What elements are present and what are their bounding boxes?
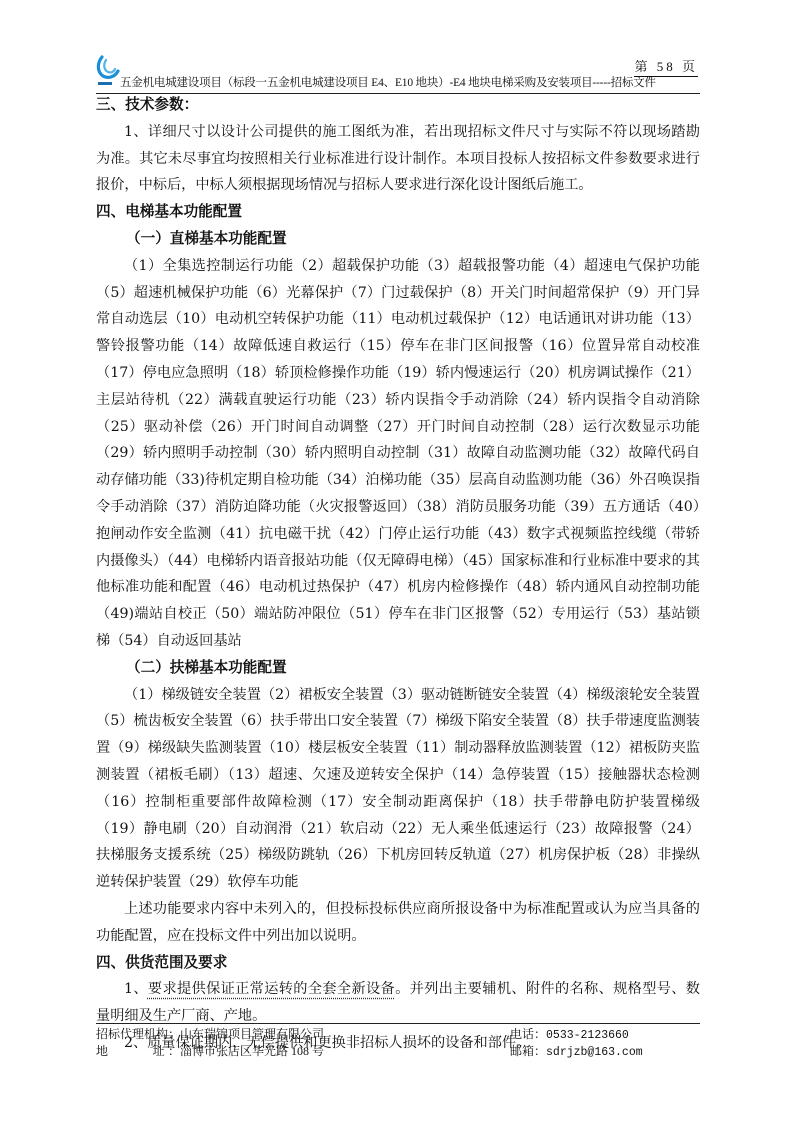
supply-item-1-prefix: 1、 (124, 981, 148, 997)
email-label: 邮箱： (510, 1044, 546, 1058)
escalator-functions-list: （1）梯级链安全装置（2）裙板安全装置（3）驱动链断链安全装置（4）梯级滚轮安全… (96, 682, 700, 896)
page-header: 第 58 页 五金机电城建设项目（标段一五金机电城建设项目 E4、E10 地块）… (96, 52, 700, 94)
document-body: 三、技术参数： 1、详细尺寸以设计公司提供的施工图纸为准，若出现招标文件尺寸与实… (96, 92, 700, 1057)
functions-note-paragraph: 上述功能要求内容中未列入的，但投标投标供应商所报设备中为标准配置或认为应当具备的… (96, 896, 700, 950)
footer-divider (96, 1023, 700, 1024)
tech-params-paragraph: 1、详细尺寸以设计公司提供的施工图纸为准，若出现招标文件尺寸与实际不符以现场踏勘… (96, 119, 700, 199)
company-logo-icon (96, 54, 120, 88)
agency-label: 招标代理机构： (96, 1027, 180, 1041)
subheading-escalator: （二）扶梯基本功能配置 (96, 655, 700, 682)
phone-value: 0533-2123660 (546, 1029, 629, 1042)
section-heading-supply-scope: 四、供货范围及要求 (96, 950, 700, 977)
document-title: 五金机电城建设项目（标段一五金机电城建设项目 E4、E10 地块）-E4 地块电… (120, 74, 656, 90)
subheading-passenger-elevator: （一）直梯基本功能配置 (96, 226, 700, 253)
agency-value: 山东瑞锦项目管理有限公司 (180, 1027, 324, 1041)
document-page: 第 58 页 五金机电城建设项目（标段一五金机电城建设项目 E4、E10 地块）… (0, 0, 793, 1122)
address-label: 地址： (96, 1043, 180, 1060)
section-heading-tech-params: 三、技术参数： (96, 92, 700, 119)
footer-row-address: 地址：淄博市张店区华光路 108 号 邮箱：sdrjzb@163.com (96, 1043, 700, 1060)
phone-label: 电话： (510, 1027, 546, 1041)
section-heading-elevator-functions: 四、电梯基本功能配置 (96, 199, 700, 226)
supply-item-1-emphasis: 要求提供保证正常运转的全套全新设备 (148, 981, 395, 997)
passenger-elevator-functions-list: （1）全集选控制运行功能（2）超载保护功能（3）超载报警功能（4）超速电气保护功… (96, 253, 700, 655)
email-value: sdrjzb@163.com (546, 1046, 643, 1059)
supply-item-1: 1、要求提供保证正常运转的全套全新设备。并列出主要辅机、附件的名称、规格型号、数… (96, 976, 700, 1030)
address-value: 淄博市张店区华光路 108 号 (180, 1044, 324, 1058)
page-footer: 招标代理机构：山东瑞锦项目管理有限公司 电话：0533-2123660 地址：淄… (96, 1026, 700, 1060)
footer-row-agency: 招标代理机构：山东瑞锦项目管理有限公司 电话：0533-2123660 (96, 1026, 700, 1043)
